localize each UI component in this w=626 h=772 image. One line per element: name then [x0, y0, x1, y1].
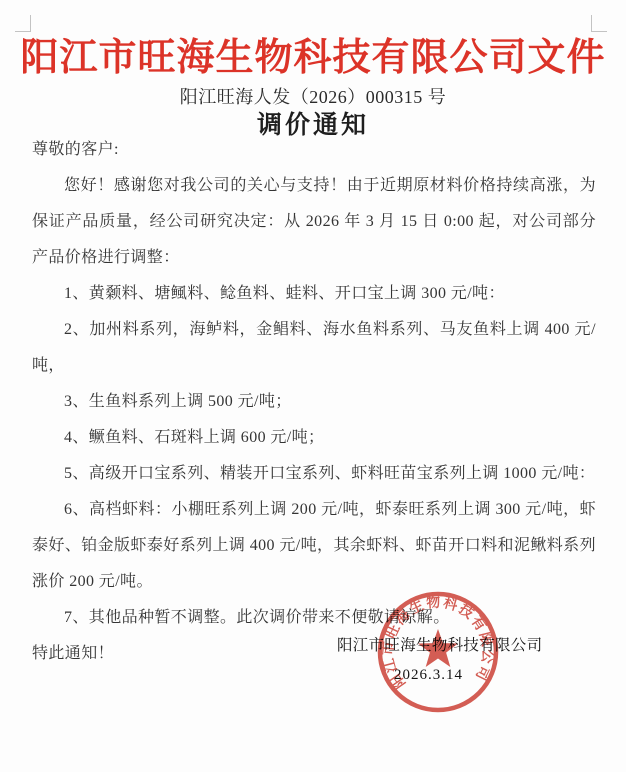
intro-paragraph: 您好！感谢您对我公司的关心与支持！由于近期原材料价格持续高涨，为保证产品质量，经…: [32, 168, 596, 276]
document-page: 阳江市旺海生物科技有限公司文件 阳江旺海人发（2026）000315 号 调价通…: [0, 0, 626, 772]
price-item-3: 3、生鱼料系列上调 500 元/吨；: [32, 384, 596, 420]
price-item-6: 6、高档虾料：小棚旺系列上调 200 元/吨，虾泰旺系列上调 300 元/吨，虾…: [32, 492, 596, 600]
price-item-5: 5、高级开口宝系列、精装开口宝系列、虾料旺苗宝系列上调 1000 元/吨：: [32, 456, 596, 492]
price-item-1: 1、黄颡料、塘鲺料、鲶鱼料、蛙料、开口宝上调 300 元/吨：: [32, 276, 596, 312]
salutation: 尊敬的客户:: [32, 132, 596, 168]
seal-star-icon: [418, 629, 458, 667]
official-seal-stamp: 阳江市旺海生物科技有限公司: [372, 586, 504, 718]
price-item-4: 4、鳜鱼料、石斑料上调 600 元/吨；: [32, 420, 596, 456]
price-item-2: 2、加州料系列，海鲈料，金鲳料、海水鱼料系列、马友鱼料上调 400 元/吨，: [32, 312, 596, 384]
company-document-title: 阳江市旺海生物科技有限公司文件: [0, 26, 626, 81]
price-item-7: 7、其他品种暂不调整。此次调价带来不便敬请谅解。: [32, 600, 596, 636]
notice-body: 尊敬的客户: 您好！感谢您对我公司的关心与支持！由于近期原材料价格持续高涨，为保…: [32, 132, 596, 672]
